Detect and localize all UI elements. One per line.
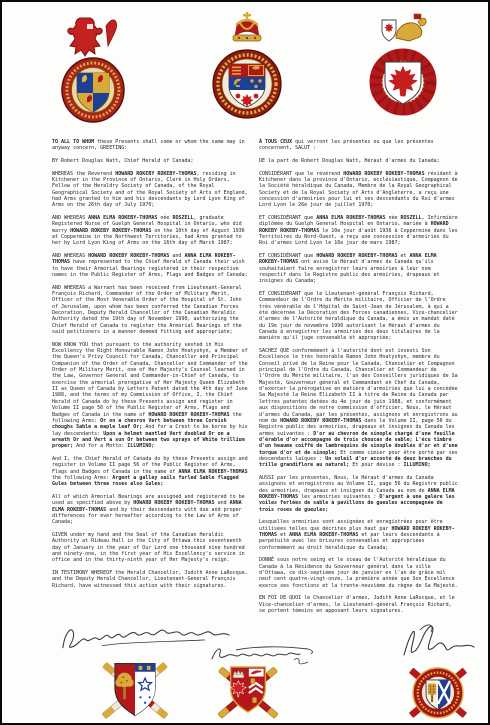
- crown-icon: [233, 670, 243, 677]
- french-text-column: À TOUS CEUX qui verront les présentes ou…: [259, 139, 459, 621]
- lion-rampant-crest-icon: [68, 18, 117, 56]
- paragraph-9: All of which Armorial Bearings are assig…: [52, 494, 250, 526]
- paragraph-4: ET CONSIDÉRANT que ANNA ELMA ROKEBY-THOM…: [259, 215, 459, 247]
- paragraph-1: TO ALL TO WHOM these Presents shall come…: [52, 139, 250, 152]
- paragraph-5: ET CONSIDÉRANT que HOWARD ROKEBY ROKEBY-…: [259, 253, 459, 285]
- buckle-icon: [252, 697, 256, 703]
- paragraph-8: AUSSI par les présentes, Nous, le Héraut…: [259, 475, 459, 513]
- english-text-column: TO ALL TO WHOM these Presents shall come…: [52, 139, 250, 595]
- paragraph-6: AND WHEREAS a Warrant has been received …: [52, 285, 250, 336]
- paragraph-11: IN TESTIMONY WHEREOF the Herald Chancell…: [52, 570, 250, 589]
- paragraph-11: EN FOI DE QUOI le Chancelier d'armes, Ju…: [259, 595, 459, 614]
- royal-arms-of-canada-badge: [207, 10, 287, 124]
- paragraph-7: NOW KNOW YOU that pursuant to the author…: [52, 342, 250, 450]
- paragraph-8: And I, the Chief Herald of Canada do by …: [52, 456, 250, 488]
- paragraph-4: AND WHEREAS ANNA ELMA ROKEBY-THOMAS née …: [52, 215, 250, 247]
- paragraph-2: BY Robert Douglas Watt, Chief Herald of …: [52, 158, 250, 164]
- paragraph-9: Lesquelles armoiries sont assignées et e…: [259, 519, 459, 551]
- paragraph-3: CONSIDÉRANT que le révérend HOWARD ROKEB…: [259, 171, 459, 209]
- letters-patent-document: TO ALL TO WHOM these Presents shall come…: [0, 0, 490, 725]
- richard-coat-of-arms: [403, 656, 473, 725]
- watt-coat-of-arms: [208, 660, 288, 725]
- paragraph-6: ET CONSIDÉRANT que le Lieutenant-général…: [259, 291, 459, 342]
- larocque-shield-icon: [115, 664, 155, 716]
- cha-shield-icon: [385, 62, 421, 104]
- signature-judith-anne-larocque: [59, 622, 234, 654]
- paragraph-5: AND WHEREAS HOWARD ROKEBY ROKEBY-THOMAS …: [52, 253, 250, 278]
- buckle-icon: [251, 678, 255, 684]
- paragraph-1: À TOUS CEUX qui verront les présentes ou…: [259, 139, 459, 152]
- paragraph-10: DONNÉ sous notre seing et le sceau de l'…: [259, 557, 459, 589]
- paragraph-2: DE la part de Robert Douglas Watt, Hérau…: [259, 158, 459, 164]
- paragraph-3: WHEREAS the Reverend HOWARD ROKEBY ROKEB…: [52, 171, 250, 209]
- paragraph-7: SACHEZ QUE conformément à l'autorité don…: [259, 348, 459, 469]
- royal-crown-icon: [233, 12, 261, 41]
- lord-lyon-badge: [54, 12, 132, 124]
- lion-crest-icon: [382, 14, 426, 41]
- canadian-heraldic-authority-badge: [362, 12, 444, 122]
- larocque-coat-of-arms: [93, 652, 177, 725]
- paragraph-10: GIVEN under my hand and the Seal of the …: [52, 532, 250, 564]
